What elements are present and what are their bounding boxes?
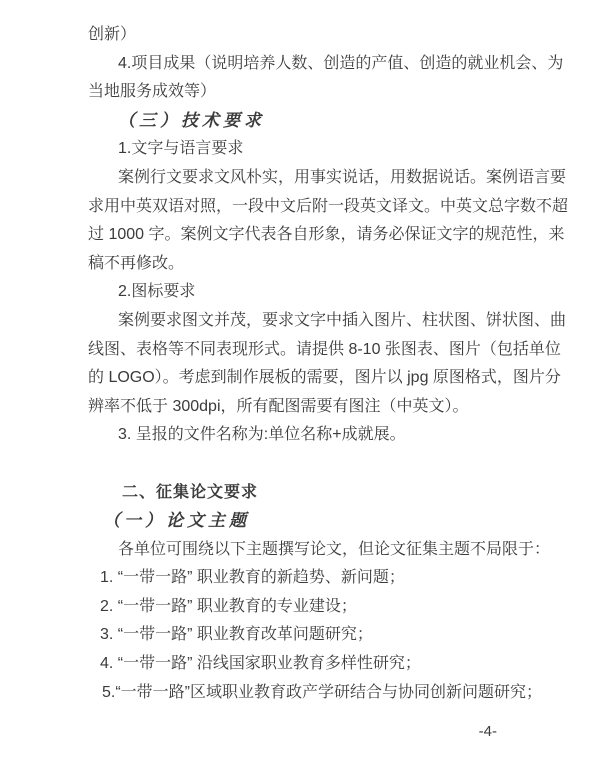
document-page: 创新） 4.项目成果（说明培养人数、创造的产值、创造的就业机会、为 当地服务成效…: [0, 0, 592, 757]
doc-line: 线图、表格等不同表现形式。请提供 8-10 张图表、图片（包括单位: [88, 336, 574, 365]
doc-line: 的 LOGO）。考虑到制作展板的需要，图片以 jpg 原图格式，图片分: [88, 364, 574, 393]
topic-list-item: 2. “一带一路” 职业教育的专业建设；: [88, 593, 574, 622]
topic-list-item: 1. “一带一路” 职业教育的新趋势、新问题；: [88, 564, 574, 593]
doc-line: 当地服务成效等）: [88, 78, 574, 107]
blank-line: [88, 450, 574, 479]
subheading-text-language: 1.文字与语言要求: [88, 135, 574, 164]
doc-line: 创新）: [88, 21, 574, 50]
topic-list-item: 3. “一带一路” 职业教育改革问题研究；: [88, 621, 574, 650]
doc-line: 稿不再修改。: [88, 250, 574, 279]
heading-paper-collection: 二、征集论文要求: [88, 479, 574, 508]
heading-technical-requirements: （三）技术要求: [88, 107, 574, 136]
doc-line: 4.项目成果（说明培养人数、创造的产值、创造的就业机会、为: [88, 50, 574, 79]
doc-line: 3. 呈报的文件名称为:单位名称+成就展。: [88, 421, 574, 450]
doc-line: 案例行文要求文风朴实，用事实说话，用数据说话。案例语言要: [88, 164, 574, 193]
doc-line: 案例要求图文并茂，要求文字中插入图片、柱状图、饼状图、曲: [88, 307, 574, 336]
heading-paper-topic: （一）论文主题: [88, 507, 574, 536]
page-number: -4-: [479, 722, 497, 742]
subheading-icon-requirements: 2.图标要求: [88, 278, 574, 307]
doc-line: 辨率不低于 300dpi，所有配图需要有图注（中英文）。: [88, 393, 574, 422]
topic-list-item: 5.“一带一路”区域职业教育政产学研结合与协同创新问题研究；: [88, 679, 574, 708]
doc-line: 各单位可围绕以下主题撰写论文，但论文征集主题不局限于：: [88, 536, 574, 565]
doc-line: 求用中英双语对照，一段中文后附一段英文译文。中英文总字数不超: [88, 193, 574, 222]
topic-list-item: 4. “一带一路” 沿线国家职业教育多样性研究；: [88, 650, 574, 679]
doc-line: 过 1000 字。案例文字代表各自形象，请务必保证文字的规范性，来: [88, 221, 574, 250]
